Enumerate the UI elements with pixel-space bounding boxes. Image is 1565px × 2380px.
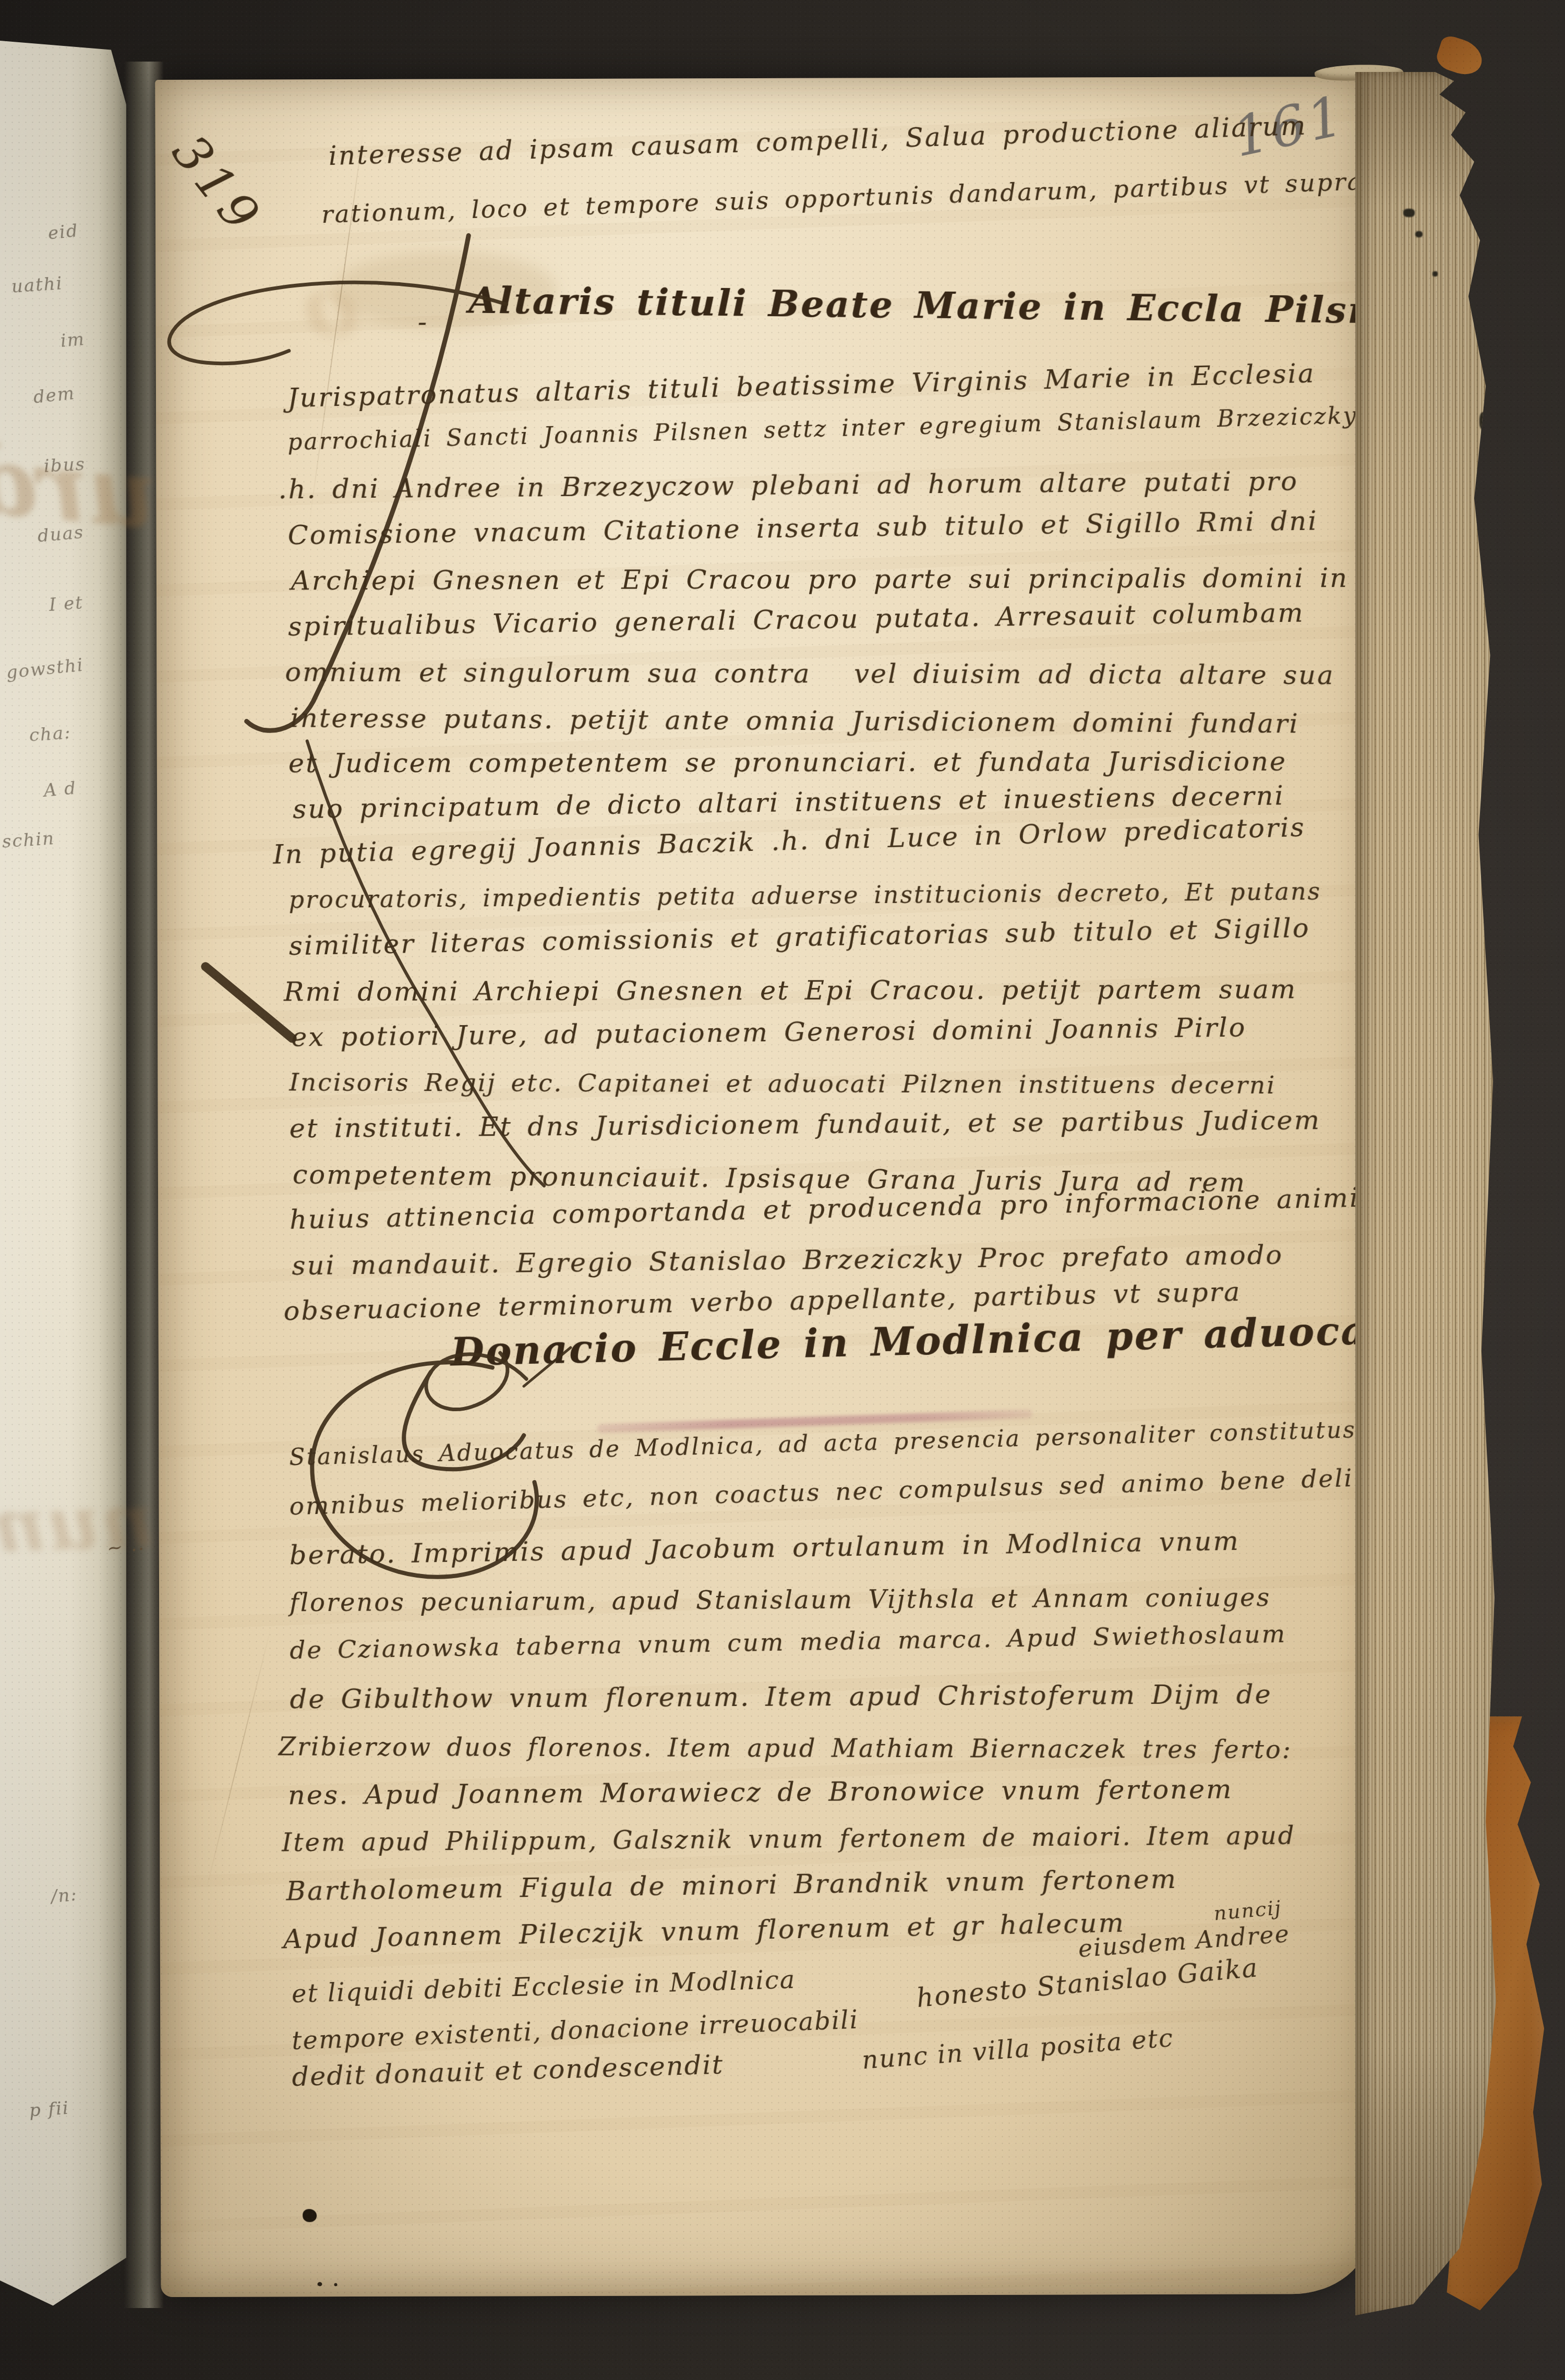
continuation-line: rationum, loco et tempore suis opportuni… [321,167,1364,229]
entry1-line: parrochiali Sancti Joannis Pilsnen settz… [287,402,1358,455]
manuscript-photo: eiduathiimdemibusduasI etgowsthicha:A ds… [0,0,1565,2380]
fore-edge-speck [1432,271,1438,277]
entry1-line: procuratoris, impedientis petita aduerse… [288,877,1321,913]
facing-page-text: cha: [29,722,72,746]
folio-number-ink: 319 [161,125,273,246]
entry2-fragment: et liquidi debiti Ecclesie in Modlnica [291,1965,796,2009]
facing-page-text: A d [43,778,77,801]
ink-speck [334,2283,337,2286]
facing-page-text: /n: [50,1884,78,1907]
entry2-fragment: dedit donauit et condescendit [292,2050,724,2093]
entry2-line: Zribierzow duos florenos. Item apud Math… [279,1732,1292,1764]
entry1-line: et instituti. Et dns Jurisdicionem funda… [289,1105,1321,1144]
entry2-line: Bartholomeum Figula de minori Brandnik v… [286,1864,1177,1907]
ink-blot [303,2209,317,2222]
fore-edge-speck [1415,231,1423,237]
entry1-line: Comissione vnacum Citatione inserta sub … [287,506,1318,551]
entry1-heading: Altaris tituli Beate Marie in Eccla Pils… [468,278,1429,332]
entry1-line: et Judicem competentem se pronunciari. e… [288,747,1287,779]
entry2-fragment: nunc in villa posita etc [861,2023,1174,2075]
entry1-line: ex potiori Jure, ad putacionem Generosi … [291,1013,1247,1053]
entry2-line: de Gibulthow vnum florenum. Item apud Ch… [290,1679,1272,1715]
entry2-line: de Czianowska taberna vnum cum media mar… [290,1620,1287,1665]
heading-dash: - [418,307,428,338]
entry1-line: Jurispatronatus altaris tituli beatissim… [287,358,1316,414]
entry2-line: Apud Joannem Pileczijk vnum florenum et … [283,1908,1125,1955]
facing-page-text: p fii [29,2098,70,2121]
entry1-line: similiter literas comissionis et gratifi… [288,913,1310,962]
entry2-line: florenos pecuniarum, apud Stanislaum Vij… [290,1583,1271,1617]
facing-page-text: im [59,329,86,352]
manuscript-page: urdbrunum vltrao 319 161 interesse ad ip… [155,77,1370,2297]
ink-speck [317,2282,322,2286]
entry1-line: Rmi domini Archiepi Gnesnen et Epi Craco… [284,974,1297,1007]
facing-page-text: gowsthi [5,655,85,683]
entry2-fragments: nuncijeiusdem Andreeet liquidi debiti Ec… [155,77,1364,80]
paper-crease [206,1628,271,1891]
entry1-line: Archiepi Gnesnen et Epi Cracou pro parte… [291,563,1349,596]
book-fore-edge [1355,72,1500,2315]
bleedthrough-layer: urdbrunum vltrao [155,77,1364,80]
facing-page-text: dem [32,383,76,408]
entry2-line: omnibus melioribus etc, non coactus nec … [289,1463,1364,1521]
entry1-line: .h. dni Andree in Brzezyczow plebani ad … [278,466,1298,505]
entry1-line: sui mandauit. Egregio Stanislao Brzezicz… [292,1240,1283,1281]
flourish-thick-stroke [206,966,292,1038]
entry1-line: spiritualibus Vicario generali Cracou pu… [288,597,1305,642]
entry2-line: Item apud Philippum, Galsznik vnum ferto… [282,1821,1296,1858]
leather-corner-tuft [1434,33,1487,79]
bleedthrough-text: num vltra [0,1478,155,1579]
entry2-fragment: tempore existenti, donacione irreuocabil… [291,2005,859,2056]
facing-page-text: uathi [11,273,64,297]
facing-page-text: eid [47,220,80,244]
facing-page: eiduathiimdemibusduasI etgowsthicha:A ds… [0,41,126,2322]
facing-page-text: I et [49,592,85,616]
entry1-line: omnium et singulorum sua contra vel diui… [285,657,1334,691]
entry1-line: Incisoris Regij etc. Capitanei et aduoca… [289,1068,1276,1100]
fore-edge-speck [1403,209,1415,217]
fore-edge-shading [1355,72,1500,2315]
entry1-line: interesse putans. petijt ante omnia Juri… [290,703,1299,739]
facing-page-text: schin [2,828,56,852]
entry2-line: nes. Apud Joannem Morawiecz de Bronowice… [288,1774,1233,1811]
entry2-line: berato. Imprimis apud Jacobum ortulanum … [289,1526,1240,1571]
fore-edge-speck [1479,412,1488,430]
continuation-line: interesse ad ipsam causam compelli, Salu… [328,111,1307,172]
